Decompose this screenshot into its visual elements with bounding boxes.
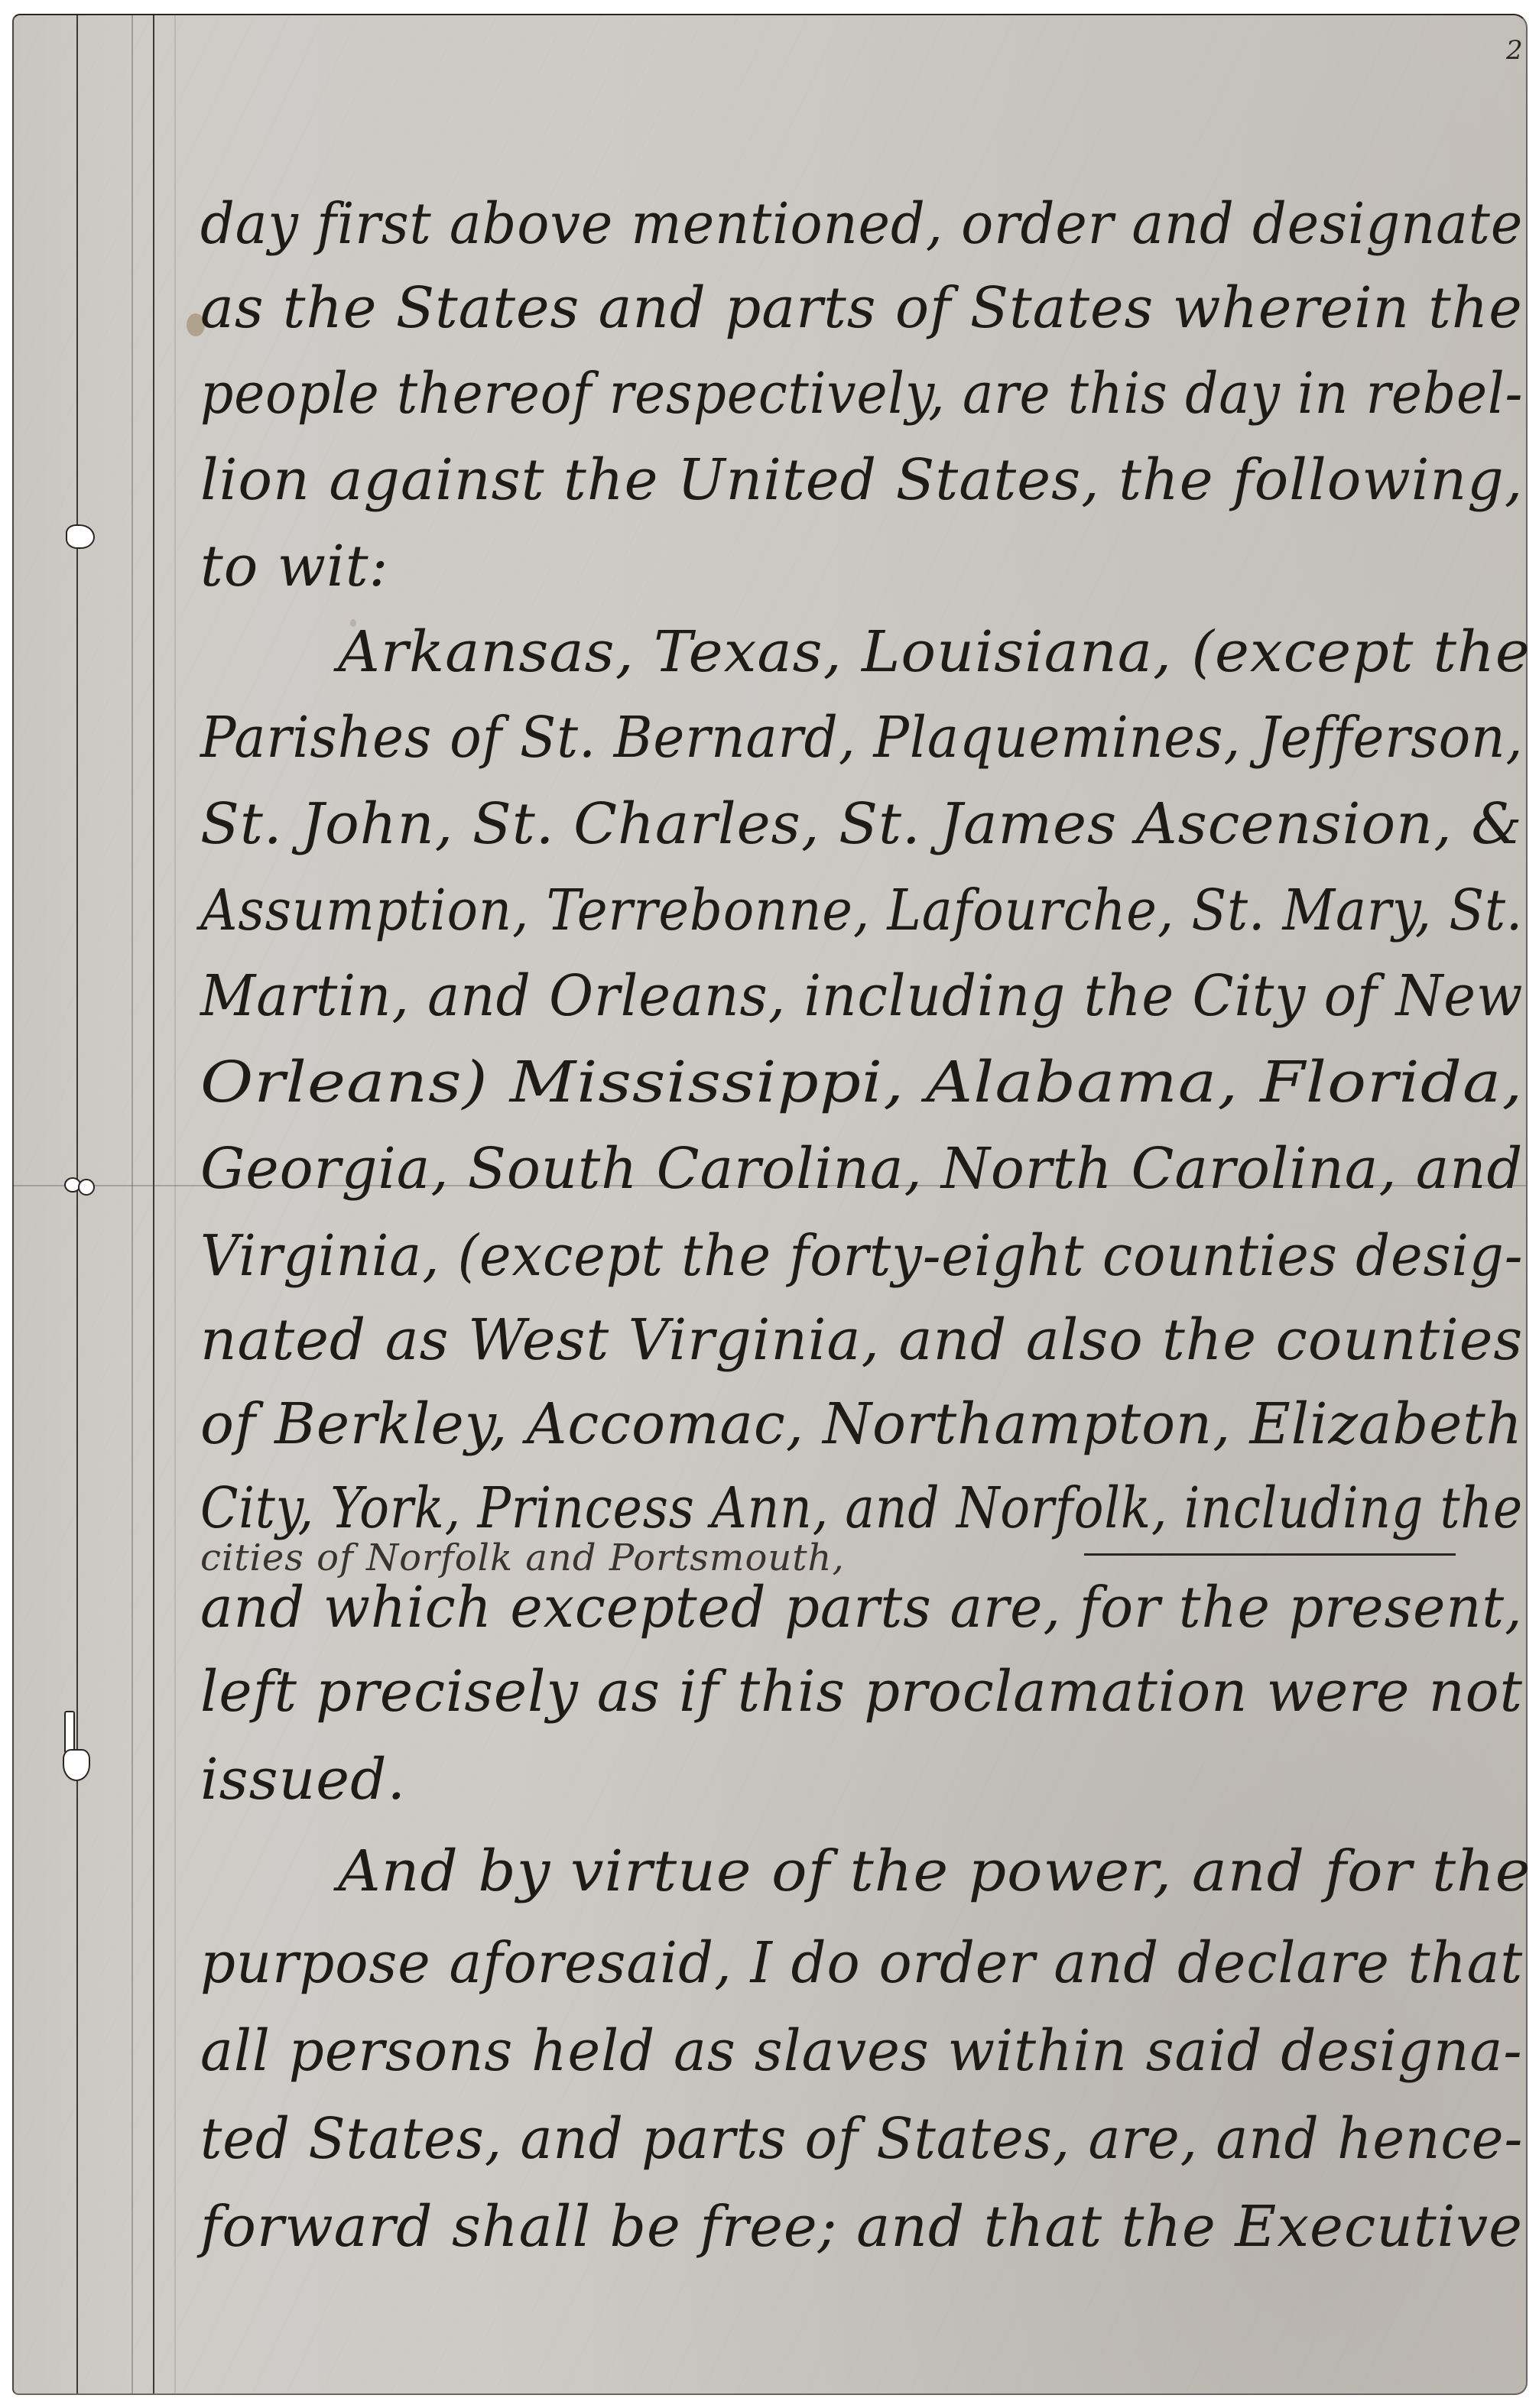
- manuscript-line: And by virtue of the power, and for the: [338, 1838, 1531, 1904]
- binding-hole: [78, 1179, 95, 1196]
- manuscript-line: as the States and parts of States wherei…: [200, 275, 1523, 341]
- manuscript-line: City, York, Princess Ann, and Norfolk, i…: [200, 1475, 1523, 1541]
- manuscript-line: purpose aforesaid, I do order and declar…: [200, 1930, 1523, 1996]
- binding-hole: [63, 1749, 90, 1781]
- manuscript-line: and which excepted parts are, for the pr…: [200, 1575, 1523, 1640]
- margin-rule-line: [153, 15, 154, 2393]
- manuscript-line: Martin, and Orleans, including the City …: [200, 963, 1523, 1029]
- manuscript-line: forward shall be free; and that the Exec…: [200, 2194, 1523, 2260]
- binding-hole: [64, 1711, 75, 1754]
- page-number: 2: [1506, 35, 1523, 66]
- manuscript-line: Orleans) Mississippi, Alabama, Florida,: [200, 1050, 1523, 1115]
- fold-line: [131, 15, 133, 2393]
- manuscript-line: St. John, St. Charles, St. James Ascensi…: [200, 791, 1523, 857]
- manuscript-line: day first above mentioned, order and des…: [200, 191, 1523, 257]
- manuscript-line: nated as West Virginia, and also the cou…: [200, 1307, 1523, 1373]
- manuscript-line: people thereof respectively, are this da…: [200, 361, 1523, 427]
- manuscript-line: lion against the United States, the foll…: [200, 447, 1523, 513]
- manuscript-line: of Berkley, Accomac, Northampton, Elizab…: [200, 1391, 1523, 1457]
- manuscript-line: cities of Norfolk and Portsmouth,: [200, 1537, 845, 1579]
- manuscript-line: Arkansas, Texas, Louisiana, (except the: [338, 619, 1531, 685]
- manuscript-line: left precisely as if this proclamation w…: [200, 1659, 1523, 1725]
- manuscript-line: Parishes of St. Bernard, Plaquemines, Je…: [200, 705, 1523, 771]
- binding-rule-line: [76, 15, 78, 2393]
- binding-hole: [66, 524, 95, 549]
- manuscript-line: ted States, and parts of States, are, an…: [200, 2106, 1523, 2172]
- manuscript-line: Georgia, South Carolina, North Carolina,…: [200, 1136, 1523, 1202]
- manuscript-line: Assumption, Terrebonne, Lafourche, St. M…: [200, 878, 1523, 943]
- manuscript-line: issued.: [200, 1747, 406, 1812]
- manuscript-line: all persons held as slaves within said d…: [200, 2018, 1523, 2084]
- manuscript-line: to wit:: [200, 534, 389, 599]
- faint-margin-line: [174, 15, 176, 2393]
- manuscript-line: Virginia, (except the forty-eight counti…: [200, 1223, 1523, 1289]
- interlinear-rule: [1084, 1553, 1456, 1556]
